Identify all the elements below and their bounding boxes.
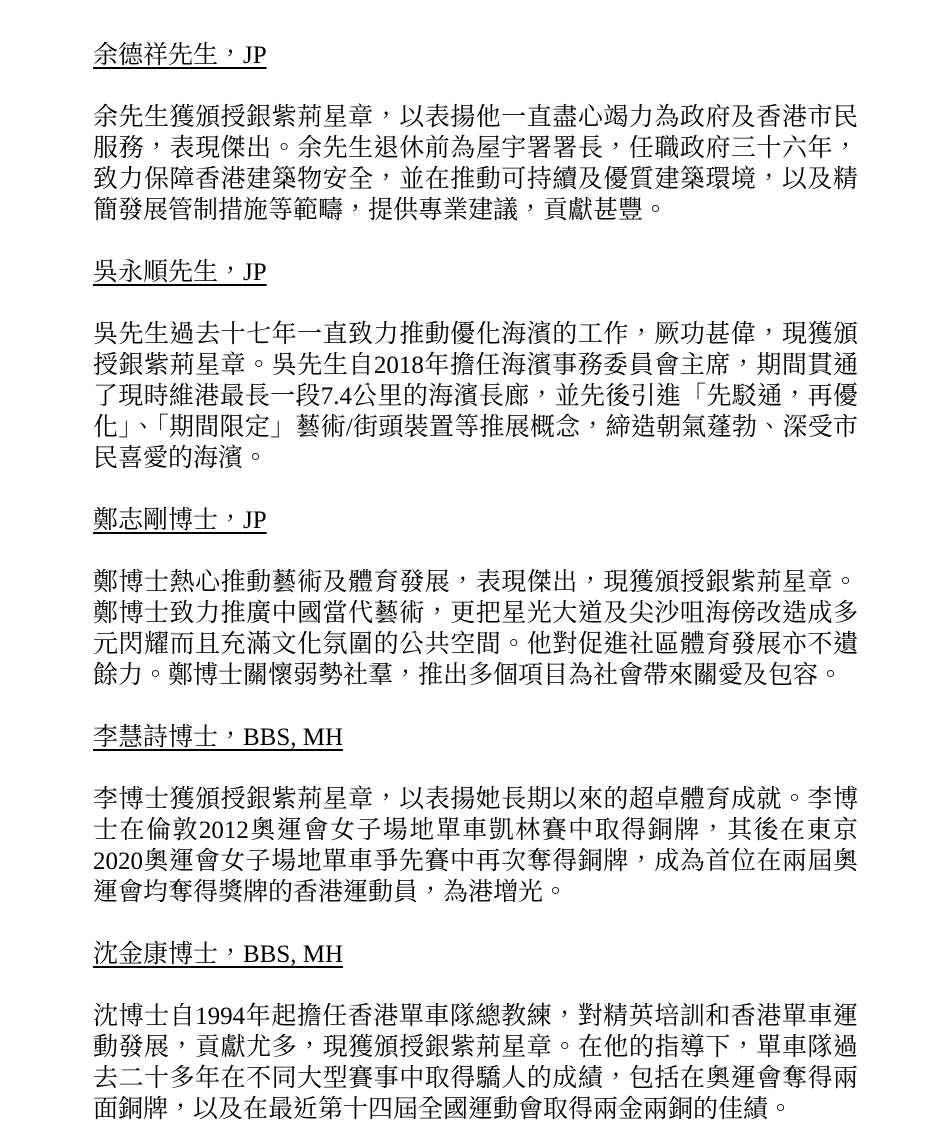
paragraph-line: 簡發展管制措施等範疇，提供專業建議，貢獻甚豐。 [93, 195, 858, 226]
honoree-section: 鄭志剛博士，JP 鄭博士熱心推動藝術及體育發展，表現傑出，現獲頒授銀紫荊星章。 … [93, 505, 858, 691]
paragraph-line: 授銀紫荊星章。吳先生自2018年擔任海濱事務委員會主席，期間貫通 [93, 350, 858, 381]
paragraph-line: 吳先生過去十七年一直致力推動優化海濱的工作，厥功甚偉，現獲頒 [93, 319, 858, 350]
citation-paragraph: 沈博士自1994年起擔任香港單車隊總教練，對精英培訓和香港單車運 動發展，貢獻尤… [93, 1001, 858, 1125]
paragraph-line: 運會均奪得獎牌的香港運動員，為港增光。 [93, 877, 858, 908]
paragraph-line: 面銅牌，以及在最近第十四屆全國運動會取得兩金兩銅的佳績。 [93, 1094, 858, 1125]
paragraph-line: 士在倫敦2012奧運會女子場地單車凱林賽中取得銅牌，其後在東京 [93, 815, 858, 846]
citation-paragraph: 吳先生過去十七年一直致力推動優化海濱的工作，厥功甚偉，現獲頒 授銀紫荊星章。吳先… [93, 319, 858, 474]
citation-paragraph: 余先生獲頒授銀紫荊星章，以表揚他一直盡心竭力為政府及香港市民 服務，表現傑出。余… [93, 102, 858, 226]
honoree-section: 李慧詩博士，BBS, MH 李博士獲頒授銀紫荊星章，以表揚她長期以來的超卓體育成… [93, 722, 858, 908]
citation-paragraph: 鄭博士熱心推動藝術及體育發展，表現傑出，現獲頒授銀紫荊星章。 鄭博士致力推廣中國… [93, 567, 858, 691]
paragraph-line: 鄭博士致力推廣中國當代藝術，更把星光大道及尖沙咀海傍改造成多 [93, 598, 858, 629]
paragraph-line: 化」、「期間限定」藝術/街頭裝置等推展概念，締造朝氣蓬勃、深受市 [93, 412, 858, 443]
paragraph-line: 致力保障香港建築物安全，並在推動可持續及優質建築環境，以及精 [93, 164, 858, 195]
honoree-heading: 吳永順先生，JP [93, 257, 858, 288]
paragraph-line: 余先生獲頒授銀紫荊星章，以表揚他一直盡心竭力為政府及香港市民 [93, 102, 858, 133]
honoree-section: 吳永順先生，JP 吳先生過去十七年一直致力推動優化海濱的工作，厥功甚偉，現獲頒 … [93, 257, 858, 474]
honoree-heading: 沈金康博士，BBS, MH [93, 939, 858, 970]
paragraph-line: 沈博士自1994年起擔任香港單車隊總教練，對精英培訓和香港單車運 [93, 1001, 858, 1032]
paragraph-line: 元閃耀而且充滿文化氛圍的公共空間。他對促進社區體育發展亦不遺 [93, 629, 858, 660]
paragraph-line: 動發展，貢獻尤多，現獲頒授銀紫荊星章。在他的指導下，單車隊過 [93, 1032, 858, 1063]
paragraph-line: 李博士獲頒授銀紫荊星章，以表揚她長期以來的超卓體育成就。李博 [93, 784, 858, 815]
paragraph-line: 民喜愛的海濱。 [93, 443, 858, 474]
document-page: 余德祥先生，JP 余先生獲頒授銀紫荊星章，以表揚他一直盡心竭力為政府及香港市民 … [0, 0, 940, 1146]
paragraph-line: 去二十多年在不同大型賽事中取得驕人的成績，包括在奧運會奪得兩 [93, 1063, 858, 1094]
paragraph-line: 2020奧運會女子場地單車爭先賽中再次奪得銅牌，成為首位在兩屆奧 [93, 846, 858, 877]
paragraph-line: 服務，表現傑出。余先生退休前為屋宇署署長，任職政府三十六年， [93, 133, 858, 164]
honoree-heading: 余德祥先生，JP [93, 40, 858, 71]
citation-paragraph: 李博士獲頒授銀紫荊星章，以表揚她長期以來的超卓體育成就。李博 士在倫敦2012奧… [93, 784, 858, 908]
paragraph-line: 鄭博士熱心推動藝術及體育發展，表現傑出，現獲頒授銀紫荊星章。 [93, 567, 858, 598]
paragraph-line: 了現時維港最長一段7.4公里的海濱長廊，並先後引進「先駁通，再優 [93, 381, 858, 412]
paragraph-line: 餘力。鄭博士關懷弱勢社羣，推出多個項目為社會帶來關愛及包容。 [93, 660, 858, 691]
honoree-heading: 鄭志剛博士，JP [93, 505, 858, 536]
honoree-section: 沈金康博士，BBS, MH 沈博士自1994年起擔任香港單車隊總教練，對精英培訓… [93, 939, 858, 1125]
honoree-section: 余德祥先生，JP 余先生獲頒授銀紫荊星章，以表揚他一直盡心竭力為政府及香港市民 … [93, 40, 858, 226]
honoree-heading: 李慧詩博士，BBS, MH [93, 722, 858, 753]
